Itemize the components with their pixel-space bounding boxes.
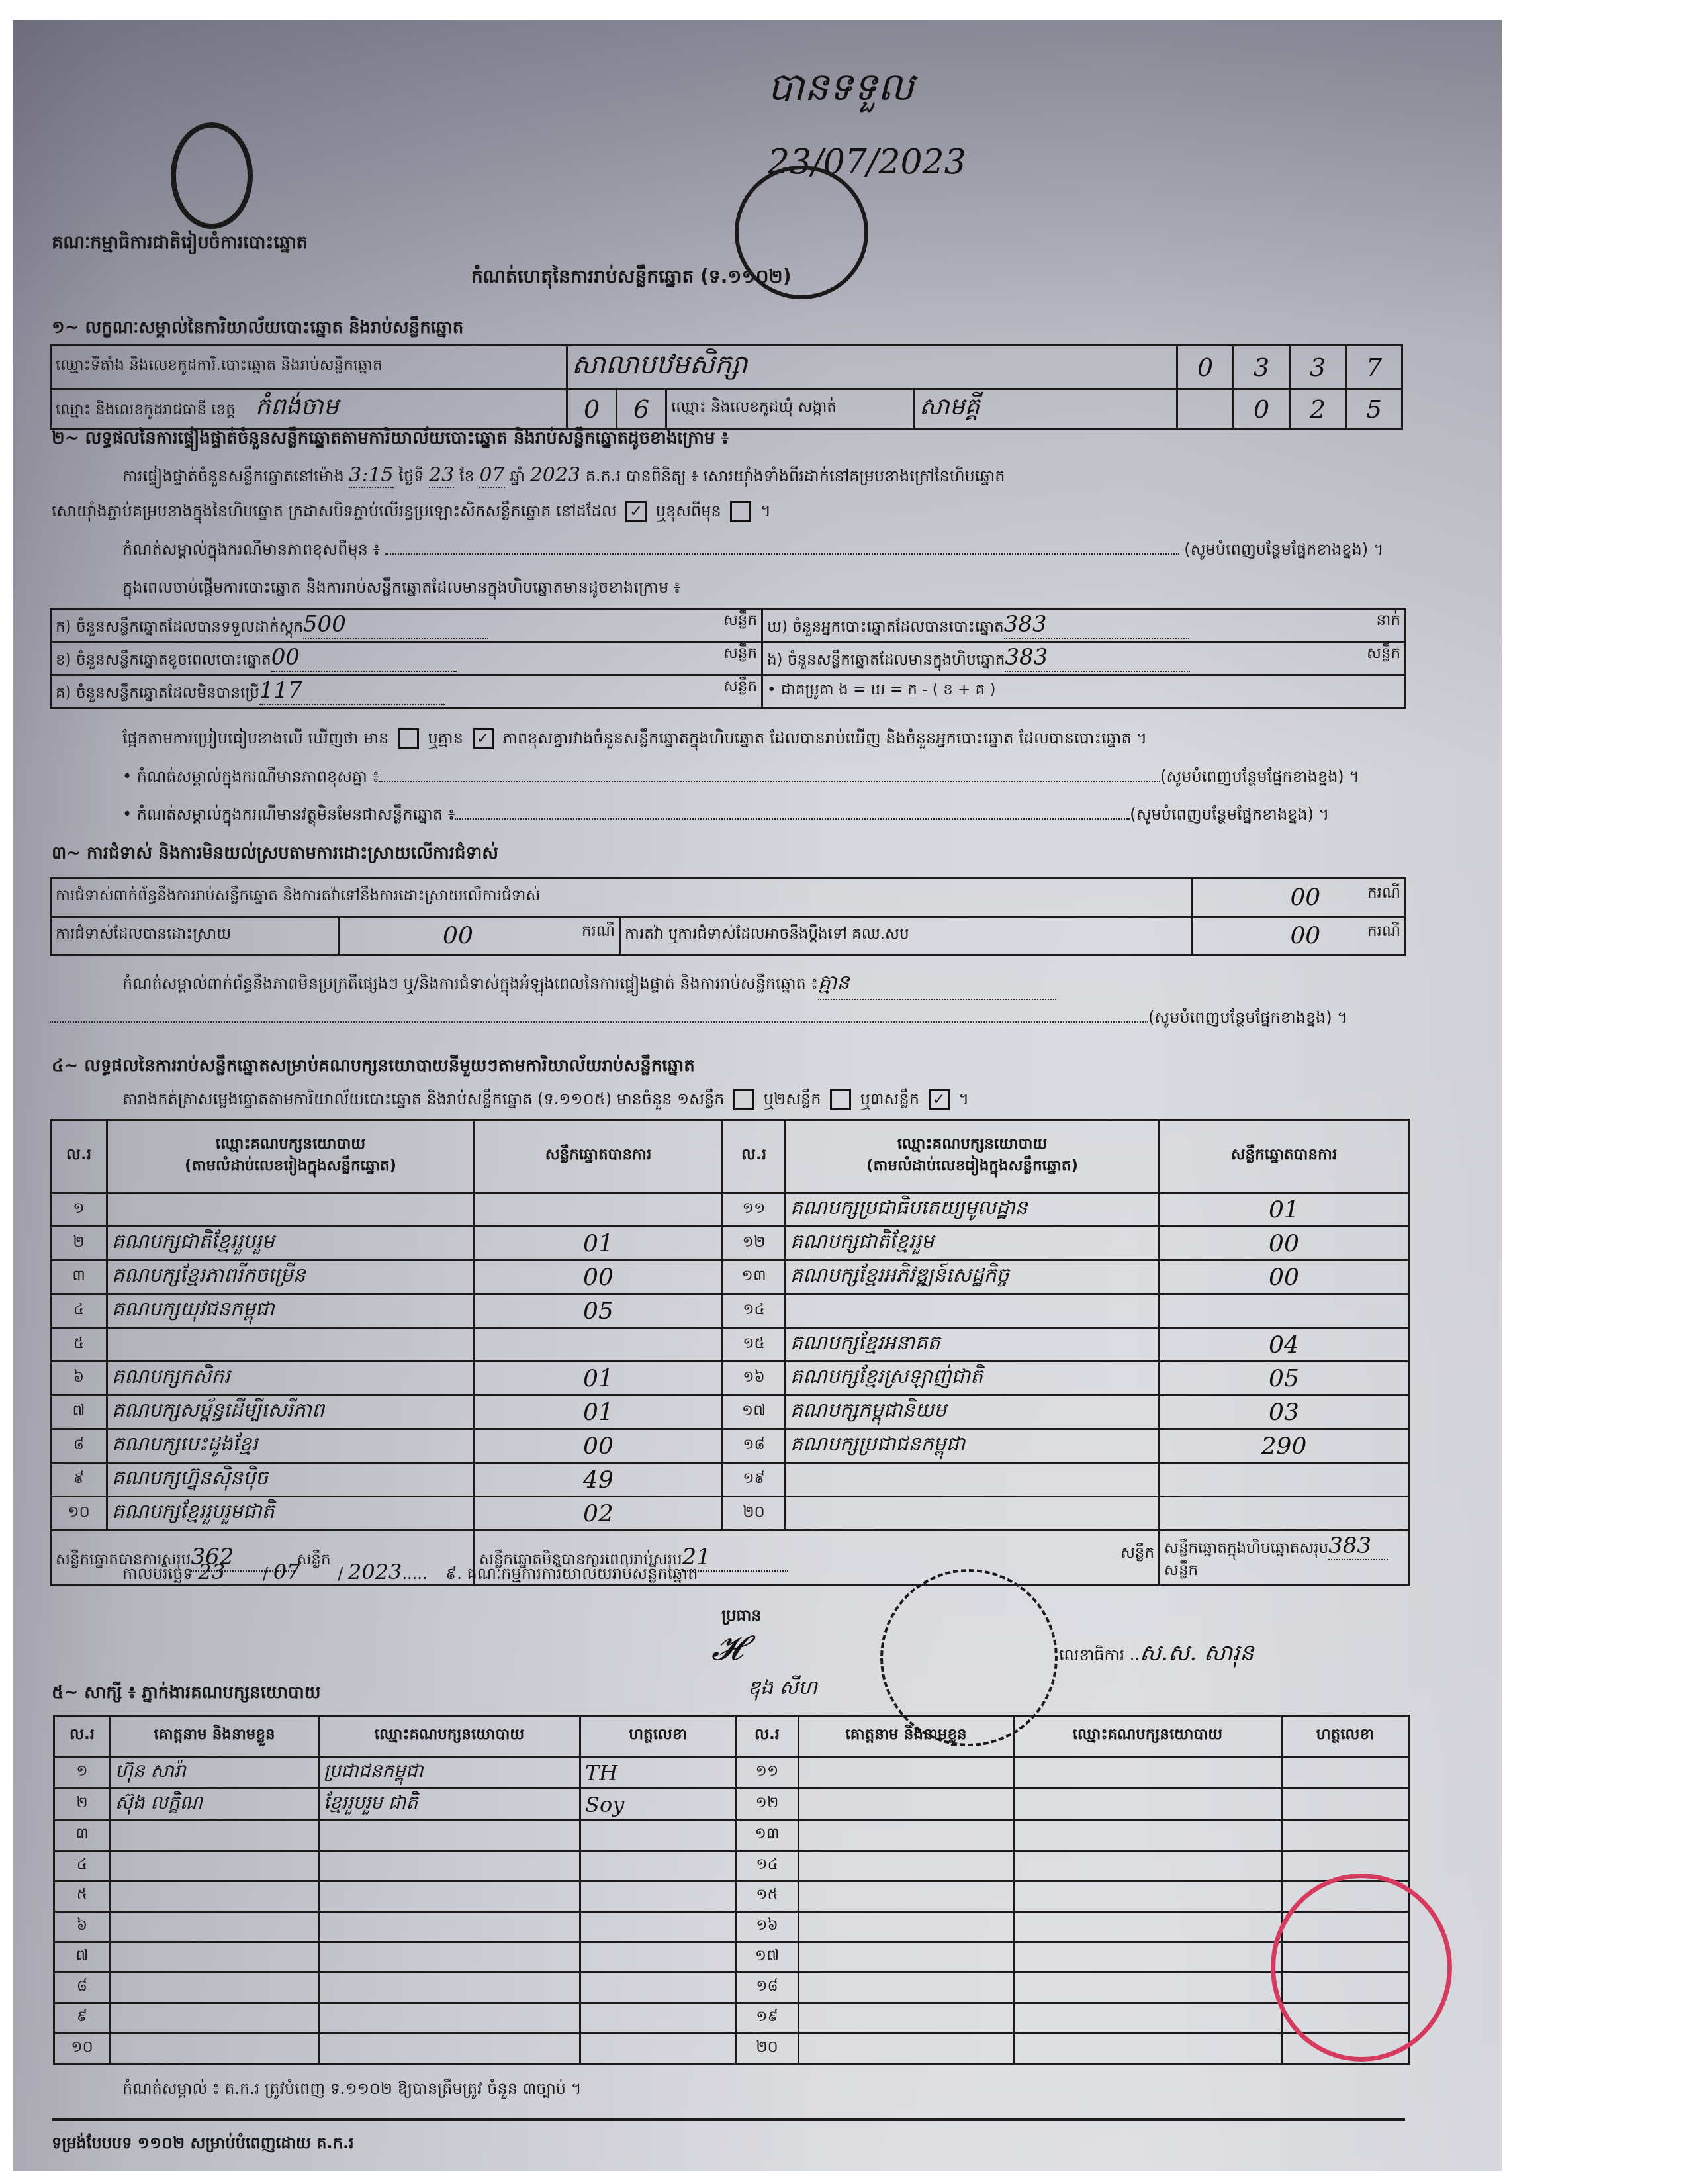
section2-intro: ក្នុងពេលចាប់ផ្តើមការបោះឆ្នោត និងការរាប់ស… bbox=[122, 577, 680, 600]
witness-party bbox=[319, 2034, 580, 2064]
table-row: ១០គណបក្សខ្មែររួបរួមជាតិ02២០ bbox=[51, 1497, 1409, 1531]
table-row: ៣គណបក្សខ្មែរភាពរីកចម្រើន00១៣គណបក្សខ្មែរអ… bbox=[51, 1260, 1409, 1294]
note-diff: • កំណត់សម្គាល់ក្នុងករណីមានភាពខុសគ្នា ៖(ស… bbox=[122, 767, 1400, 790]
witness-signature bbox=[1282, 1821, 1409, 1851]
w-col-party-right: ឈ្មោះគណបក្សនយោបាយ bbox=[1014, 1716, 1282, 1757]
row-no: ៦ bbox=[51, 1362, 107, 1396]
witness-name bbox=[799, 1757, 1014, 1789]
province-code-1: 0 bbox=[567, 389, 617, 429]
witness-name: ស៊ុង លក្ខិណ bbox=[111, 1789, 319, 1821]
witness-name bbox=[111, 1821, 319, 1851]
w-col-party-left: ឈ្មោះគណបក្សនយោបាយ bbox=[319, 1716, 580, 1757]
table-row: ៨១៨ bbox=[54, 1973, 1409, 2003]
footer-divider bbox=[52, 2118, 1405, 2121]
witness-party bbox=[319, 1851, 580, 1881]
row-no: ៨ bbox=[54, 1973, 111, 2003]
witness-party bbox=[319, 2003, 580, 2034]
verify-day: 23 bbox=[429, 463, 454, 488]
row-no: ៩ bbox=[54, 2003, 111, 2034]
row-no: ១០ bbox=[51, 1497, 107, 1531]
witness-name bbox=[111, 1912, 319, 1942]
irregularity-note-line2: (សូមបំពេញបន្ថែមផ្នែកខាងខ្នង) ។ bbox=[50, 1008, 1403, 1031]
w-col-no-right: ល.រ bbox=[736, 1716, 799, 1757]
location-code-2: 3 bbox=[1234, 346, 1290, 389]
objection-label: ការជំទាស់ពាក់ព័ន្ធនឹងការរាប់សន្លឹកឆ្នោត … bbox=[51, 878, 1193, 917]
row-no: ១៤ bbox=[736, 1851, 799, 1881]
col-votes-right: សន្លឹកឆ្នោតបានការ bbox=[1160, 1120, 1409, 1193]
witness-name bbox=[799, 2003, 1014, 2034]
witness-signature bbox=[580, 2003, 736, 2034]
party-votes: 01 bbox=[475, 1362, 723, 1396]
ballots-in-box: ង) ចំនួនសន្លឹកឆ្នោតដែលមានក្នុងហិបឆ្នោត38… bbox=[762, 642, 1406, 675]
witness-name bbox=[111, 2034, 319, 2064]
row-no: ១២ bbox=[736, 1789, 799, 1821]
count-date-line: កាលបរិច្ឆេទ 23 / 07 / 2023..... ៩. គណៈកម… bbox=[122, 1559, 698, 1587]
section3-title: ៣~ ការជំទាស់ និងការមិនយល់ស្របតាមការដោះស្… bbox=[52, 842, 498, 867]
party-votes: 05 bbox=[1160, 1362, 1409, 1396]
w-col-sign-right: ហត្ថលេខា bbox=[1282, 1716, 1409, 1757]
nec-logo-emblem bbox=[171, 122, 253, 229]
party-name: គណបក្សកម្ពុជានិយម bbox=[786, 1396, 1160, 1429]
row-no: ៥ bbox=[51, 1328, 107, 1362]
received-ballots: ក) ចំនួនសន្លឹកឆ្នោតដែលបានទទួលដាក់ស្តុក50… bbox=[51, 609, 762, 642]
witness-name bbox=[111, 1881, 319, 1912]
witness-party bbox=[1014, 1942, 1282, 1973]
party-votes bbox=[475, 1328, 723, 1362]
row-no: ១៧ bbox=[723, 1396, 786, 1429]
witness-party bbox=[319, 1973, 580, 2003]
party-votes: 04 bbox=[1160, 1328, 1409, 1362]
party-name: គណបក្សខ្មែរភាពរីកចម្រើន bbox=[107, 1260, 475, 1294]
party-name: គណបក្សខ្មែរស្រឡាញ់ជាតិ bbox=[786, 1362, 1160, 1396]
row-no: ១១ bbox=[723, 1193, 786, 1227]
witness-name bbox=[111, 1973, 319, 2003]
location-value: សាលាបឋមសិក្សា bbox=[567, 346, 1177, 389]
row-no: ១៨ bbox=[723, 1429, 786, 1463]
row-no: ១ bbox=[51, 1193, 107, 1227]
table-row: ៤គណបក្សយុវជនកម្ពុជា05១៤ bbox=[51, 1294, 1409, 1328]
verify-line: ការផ្ទៀងផ្ទាត់ចំនួនសន្លឹកឆ្នោតនៅម៉ោង 3:1… bbox=[122, 463, 1005, 489]
section1-title: ១~ លក្ខណៈសម្គាល់នៃការិយាល័យបោះឆ្នោត និងរ… bbox=[52, 316, 463, 342]
objection-value: 00ករណី bbox=[1193, 878, 1406, 917]
table-row: ៥១៥គណបក្សខ្មែរអនាគត04 bbox=[51, 1328, 1409, 1362]
footnote: កំណត់សម្គាល់ ៖ គ.ក.រ ត្រូវបំពេញ ទ.១១០២ ឱ… bbox=[122, 2079, 582, 2102]
party-votes: 00 bbox=[1160, 1227, 1409, 1260]
commune-code-2: 2 bbox=[1290, 389, 1346, 429]
party-name: គណបក្សយុវជនកម្ពុជា bbox=[107, 1294, 475, 1328]
table-row: ២គណបក្សជាតិខ្មែររួបរួម01១២គណបក្សជាតិខ្មែ… bbox=[51, 1227, 1409, 1260]
secretary-line: លេខាធិការ ..ស.ស. សារុន bbox=[1059, 1638, 1254, 1672]
witness-name bbox=[799, 1881, 1014, 1912]
chair-name: ឌុង សីហ bbox=[748, 1675, 817, 1704]
row-no: ១៨ bbox=[736, 1973, 799, 2003]
witness-name bbox=[799, 1789, 1014, 1821]
party-name: គណបក្សបេះដូងខ្មែរ bbox=[107, 1429, 475, 1463]
witness-party bbox=[1014, 1821, 1282, 1851]
party-name: គណបក្សជាតិខ្មែររួម bbox=[786, 1227, 1160, 1260]
witness-signature bbox=[580, 1942, 736, 1973]
footer-label: ទម្រង់បែបបទ ១១០២ សម្រាប់បំពេញដោយ គ.ក.រ bbox=[52, 2133, 354, 2156]
witness-signature bbox=[1282, 1789, 1409, 1821]
witness-party bbox=[1014, 1757, 1282, 1789]
party-votes bbox=[1160, 1463, 1409, 1497]
row-no: ១៦ bbox=[736, 1912, 799, 1942]
witness-signature bbox=[580, 1821, 736, 1851]
table-row: ៤១៤ bbox=[54, 1851, 1409, 1881]
witness-party: ប្រជាជនកម្ពុជា bbox=[319, 1757, 580, 1789]
witness-signature: TH bbox=[580, 1757, 736, 1789]
two-sheet-checkbox[interactable] bbox=[830, 1089, 851, 1110]
resolved-label: ការជំទាស់ដែលបានដោះស្រាយ bbox=[51, 917, 339, 955]
w-col-sign-left: ហត្ថលេខា bbox=[580, 1716, 736, 1757]
province-value: កំពង់ចាម bbox=[255, 393, 339, 420]
witness-signature: Soy bbox=[580, 1789, 736, 1821]
party-votes: 03 bbox=[1160, 1396, 1409, 1429]
witness-name bbox=[111, 1942, 319, 1973]
party-votes: 00 bbox=[1160, 1260, 1409, 1294]
w-col-name-right: គោត្តនាម និងនាមខ្លួន bbox=[799, 1716, 1014, 1757]
party-name: គណបក្សកសិករ bbox=[107, 1362, 475, 1396]
witness-name bbox=[111, 1851, 319, 1881]
table-row: ៦គណបក្សកសិករ01១៦គណបក្សខ្មែរស្រឡាញ់ជាតិ05 bbox=[51, 1362, 1409, 1396]
changed-checkbox[interactable] bbox=[730, 501, 751, 522]
witness-signature bbox=[1282, 1757, 1409, 1789]
seal-line: សោយ៉ាំងភ្ជាប់គម្របខាងក្នុងនៃហិបឆ្នោត ក្រ… bbox=[52, 501, 771, 524]
row-no: ៩ bbox=[51, 1463, 107, 1497]
row-no: ១៦ bbox=[723, 1362, 786, 1396]
verify-year: 2023 bbox=[530, 463, 580, 487]
verify-month: 07 bbox=[479, 463, 504, 488]
one-sheet-checkbox[interactable] bbox=[733, 1089, 754, 1110]
party-name: គណបក្សខ្មែរអនាគត bbox=[786, 1328, 1160, 1362]
table-row: ៨គណបក្សបេះដូងខ្មែរ00១៨គណបក្សប្រជាជនកម្ពុ… bbox=[51, 1429, 1409, 1463]
row-no: ៤ bbox=[54, 1851, 111, 1881]
witness-signature bbox=[580, 2034, 736, 2064]
table-row: ២ស៊ុង លក្ខិណខ្មែររួបរួម ជាតិSoy១២ bbox=[54, 1789, 1409, 1821]
table-row: ៩១៩ bbox=[54, 2003, 1409, 2034]
witness-name bbox=[799, 1942, 1014, 1973]
row-no: ១៩ bbox=[736, 2003, 799, 2034]
party-name: គណបក្សខ្មែរអភិវឌ្ឍន៍សេដ្ឋកិច្ច bbox=[786, 1260, 1160, 1294]
no-diff-checkbox[interactable]: ✓ bbox=[473, 728, 494, 749]
row-no: ៤ bbox=[51, 1294, 107, 1328]
row-no: ១៩ bbox=[723, 1463, 786, 1497]
party-name bbox=[107, 1328, 475, 1362]
party-name: គណបក្សប្រជាជនកម្ពុជា bbox=[786, 1429, 1160, 1463]
row-no: ១៥ bbox=[736, 1881, 799, 1912]
witness-name: ហ៊ុន សារ៉ា bbox=[111, 1757, 319, 1789]
witness-party: ខ្មែររួបរួម ជាតិ bbox=[319, 1789, 580, 1821]
row-no: ២០ bbox=[736, 2034, 799, 2064]
irregularity-note: កំណត់សម្គាល់ពាក់ព័ន្ធនឹងភាពមិនប្រក្រតីផ្… bbox=[122, 970, 1403, 1000]
seal-note: កំណត់សម្គាល់ក្នុងករណីមានភាពខុសពីមុន ៖ (ស… bbox=[122, 540, 1400, 563]
witness-name bbox=[799, 1912, 1014, 1942]
appeal-value: 00ករណី bbox=[1193, 917, 1406, 955]
table-row: ៩គណបក្សហ្វ៊ុនស៊ិនប៉ិច49១៩ bbox=[51, 1463, 1409, 1497]
party-votes: 290 bbox=[1160, 1429, 1409, 1463]
row-no: ១៧ bbox=[736, 1942, 799, 1973]
received-note: បានទទួល bbox=[768, 63, 914, 119]
party-votes: 00 bbox=[475, 1260, 723, 1294]
party-votes: 05 bbox=[475, 1294, 723, 1328]
col-party-right: ឈ្មោះគណបក្សនយោបាយ(តាមលំដាប់លេខរៀងក្នុងសន… bbox=[786, 1120, 1160, 1193]
party-votes bbox=[475, 1193, 723, 1227]
party-name: គណបក្សសម្ព័ន្ធដើម្បីសេរីភាព bbox=[107, 1396, 475, 1429]
party-name: គណបក្សប្រជាធិបតេយ្យមូលដ្ឋាន bbox=[786, 1193, 1160, 1227]
location-code-4: 7 bbox=[1346, 346, 1402, 389]
witness-party bbox=[1014, 1851, 1282, 1881]
appeal-label: ការតវ៉ា ឬការជំទាស់ដែលអាចនឹងប្តឹងទៅ គឈ.សប bbox=[620, 917, 1193, 955]
total-in-box: សន្លឹកឆ្នោតក្នុងហិបឆ្នោតសរុប383សន្លឹក bbox=[1160, 1531, 1409, 1586]
table-row: ៥១៥ bbox=[54, 1881, 1409, 1912]
col-party-left: ឈ្មោះគណបក្សនយោបាយ(តាមលំដាប់លេខរៀងក្នុងសន… bbox=[107, 1120, 475, 1193]
has-diff-checkbox[interactable] bbox=[398, 728, 419, 749]
row-no: ១២ bbox=[723, 1227, 786, 1260]
location-code-1: 0 bbox=[1177, 346, 1234, 389]
row-no: ២ bbox=[54, 1789, 111, 1821]
row-no: ២០ bbox=[723, 1497, 786, 1531]
commune-value: សាមគ្គី bbox=[915, 389, 1177, 429]
witness-name bbox=[799, 1973, 1014, 2003]
witness-party bbox=[1014, 2003, 1282, 2034]
row-no: ៣ bbox=[54, 1821, 111, 1851]
witness-signature bbox=[580, 1973, 736, 2003]
witness-signature bbox=[580, 1912, 736, 1942]
province-code-2: 6 bbox=[617, 389, 666, 429]
party-votes: 01 bbox=[1160, 1193, 1409, 1227]
red-official-stamp bbox=[1271, 1874, 1452, 2062]
party-votes: 02 bbox=[475, 1497, 723, 1531]
witness-party bbox=[319, 1881, 580, 1912]
row-no: ១៣ bbox=[736, 1821, 799, 1851]
party-votes: 49 bbox=[475, 1463, 723, 1497]
party-name bbox=[107, 1193, 475, 1227]
w-col-no-left: ល.រ bbox=[54, 1716, 111, 1757]
witness-party bbox=[319, 1942, 580, 1973]
party-name bbox=[786, 1463, 1160, 1497]
section2-title: ២~ លទ្ធផលនៃការផ្ទៀងផ្ទាត់ចំនួនសន្លឹកឆ្នោ… bbox=[52, 427, 729, 452]
witness-party bbox=[1014, 1881, 1282, 1912]
witness-name bbox=[111, 2003, 319, 2034]
witness-party bbox=[1014, 1789, 1282, 1821]
chair-signature: 𝓗 bbox=[711, 1629, 743, 1669]
same-checkbox[interactable]: ✓ bbox=[625, 501, 647, 522]
commune-label: ឈ្មោះ និងលេខកូដឃុំ សង្កាត់ bbox=[666, 389, 915, 429]
party-votes: 00 bbox=[475, 1429, 723, 1463]
commune-code-1: 0 bbox=[1234, 389, 1290, 429]
formula: • ជាគម្រូគា ង = ឃ = ក - ( ខ + គ ) bbox=[762, 675, 1406, 708]
tally-sheet-line: តារាងកត់ត្រាសម្លេងឆ្នោតតាមការិយាល័យបោះឆ្… bbox=[122, 1089, 969, 1112]
row-no: ៧ bbox=[54, 1942, 111, 1973]
row-no: ១ bbox=[54, 1757, 111, 1789]
spoiled-ballots: ខ) ចំនួនសន្លឹកឆ្នោតខូចពេលបោះឆ្នោត00សន្លឹ… bbox=[51, 642, 762, 675]
row-no: ៦ bbox=[54, 1912, 111, 1942]
witness-party bbox=[319, 1912, 580, 1942]
table-row: ១០២០ bbox=[54, 2034, 1409, 2064]
section5-title: ៥~ សាក្សី ៖ ភ្នាក់ងារគណបក្សនយោបាយ bbox=[52, 1682, 321, 1707]
objection-table: ការជំទាស់ពាក់ព័ន្ធនឹងការរាប់សន្លឹកឆ្នោត … bbox=[50, 877, 1406, 956]
row-no: ១០ bbox=[54, 2034, 111, 2064]
table-row: ៧គណបក្សសម្ព័ន្ធដើម្បីសេរីភាព01១៧គណបក្សកម… bbox=[51, 1396, 1409, 1429]
province-label: ឈ្មោះ និងលេខកូដរាជធានី ខេត្តកំពង់ចាម bbox=[51, 389, 567, 429]
party-name bbox=[786, 1294, 1160, 1328]
form-title: កំណត់ហេតុនៃការរាប់សន្លឹកឆ្នោត (ទ.១១០២) bbox=[471, 265, 791, 292]
commune-code-3: 5 bbox=[1346, 389, 1402, 429]
row-no: ១៤ bbox=[723, 1294, 786, 1328]
table-row: ៧១៧ bbox=[54, 1942, 1409, 1973]
party-name: គណបក្សជាតិខ្មែររួបរួម bbox=[107, 1227, 475, 1260]
row-no: ៣ bbox=[51, 1260, 107, 1294]
section4-title: ៤~ លទ្ធផលនៃការរាប់សន្លឹកឆ្នោតសម្រាប់គណបក… bbox=[52, 1055, 695, 1080]
witness-name bbox=[799, 1851, 1014, 1881]
party-votes: 01 bbox=[475, 1227, 723, 1260]
witness-signature bbox=[580, 1881, 736, 1912]
table-row: ៣១៣ bbox=[54, 1821, 1409, 1851]
w-col-name-left: គោត្តនាម និងនាមខ្លួន bbox=[111, 1716, 319, 1757]
party-votes: 01 bbox=[475, 1396, 723, 1429]
row-no: ១១ bbox=[736, 1757, 799, 1789]
party-name bbox=[786, 1497, 1160, 1531]
resolved-value: 00ករណី bbox=[339, 917, 620, 955]
location-label: ឈ្មោះទីតាំង និងលេខកូដការិ.បោះឆ្នោត និងរា… bbox=[51, 346, 567, 389]
witness-name bbox=[799, 1821, 1014, 1851]
chair-label: ប្រធាន bbox=[721, 1605, 761, 1629]
witness-party bbox=[1014, 2034, 1282, 2064]
row-no: ១៣ bbox=[723, 1260, 786, 1294]
location-code-3: 3 bbox=[1290, 346, 1346, 389]
party-name: គណបក្សហ្វ៊ុនស៊ិនប៉ិច bbox=[107, 1463, 475, 1497]
table-row: ១ហ៊ុន សារ៉ាប្រជាជនកម្ពុជាTH១១ bbox=[54, 1757, 1409, 1789]
table-row: ៦១៦ bbox=[54, 1912, 1409, 1942]
party-votes bbox=[1160, 1497, 1409, 1531]
note-foreign: • កំណត់សម្គាល់ក្នុងករណីមានវត្ថុមិនមែនជាស… bbox=[122, 804, 1400, 828]
party-votes-table: ល.រ ឈ្មោះគណបក្សនយោបាយ(តាមលំដាប់លេខរៀងក្ន… bbox=[50, 1119, 1410, 1586]
witness-party bbox=[319, 1821, 580, 1851]
voters-count: ឃ) ចំនួនអ្នកបោះឆ្នោតដែលបានបោះឆ្នោត383នាក… bbox=[762, 609, 1406, 642]
party-votes bbox=[1160, 1294, 1409, 1328]
ballot-count-table: ក) ចំនួនសន្លឹកឆ្នោតដែលបានទទួលដាក់ស្តុក50… bbox=[50, 608, 1406, 709]
row-no: ៥ bbox=[54, 1881, 111, 1912]
row-no: ៧ bbox=[51, 1396, 107, 1429]
compare-line: ផ្អែកតាមការប្រៀបធៀបខាងលើ ឃើញថា មាន ឬគ្មា… bbox=[122, 728, 1147, 751]
row-no: ១៥ bbox=[723, 1328, 786, 1362]
section1-table: ឈ្មោះទីតាំង និងលេខកូដការិ.បោះឆ្នោត និងរា… bbox=[50, 344, 1403, 430]
witness-party bbox=[1014, 1912, 1282, 1942]
row-no: ២ bbox=[51, 1227, 107, 1260]
col-no-left: ល.រ bbox=[51, 1120, 107, 1193]
verify-time: 3:15 bbox=[349, 463, 393, 488]
row-no: ៨ bbox=[51, 1429, 107, 1463]
witness-party bbox=[1014, 1973, 1282, 2003]
three-sheet-checkbox[interactable]: ✓ bbox=[929, 1089, 950, 1110]
col-votes-left: សន្លឹកឆ្នោតបានការ bbox=[475, 1120, 723, 1193]
col-no-right: ល.រ bbox=[723, 1120, 786, 1193]
org-name: គណៈកម្មាធិការជាតិរៀបចំការបោះឆ្នោត bbox=[52, 232, 308, 258]
table-row: ១១១គណបក្សប្រជាធិបតេយ្យមូលដ្ឋាន01 bbox=[51, 1193, 1409, 1227]
witness-signature bbox=[580, 1851, 736, 1881]
party-name: គណបក្សខ្មែររួបរួមជាតិ bbox=[107, 1497, 475, 1531]
witness-name bbox=[799, 2034, 1014, 2064]
unused-ballots: គ) ចំនួនសន្លឹកឆ្នោតដែលមិនបានប្រើ117សន្លឹ… bbox=[51, 675, 762, 708]
witness-table: ល.រ គោត្តនាម និងនាមខ្លួន ឈ្មោះគណបក្សនយោប… bbox=[53, 1715, 1410, 2065]
